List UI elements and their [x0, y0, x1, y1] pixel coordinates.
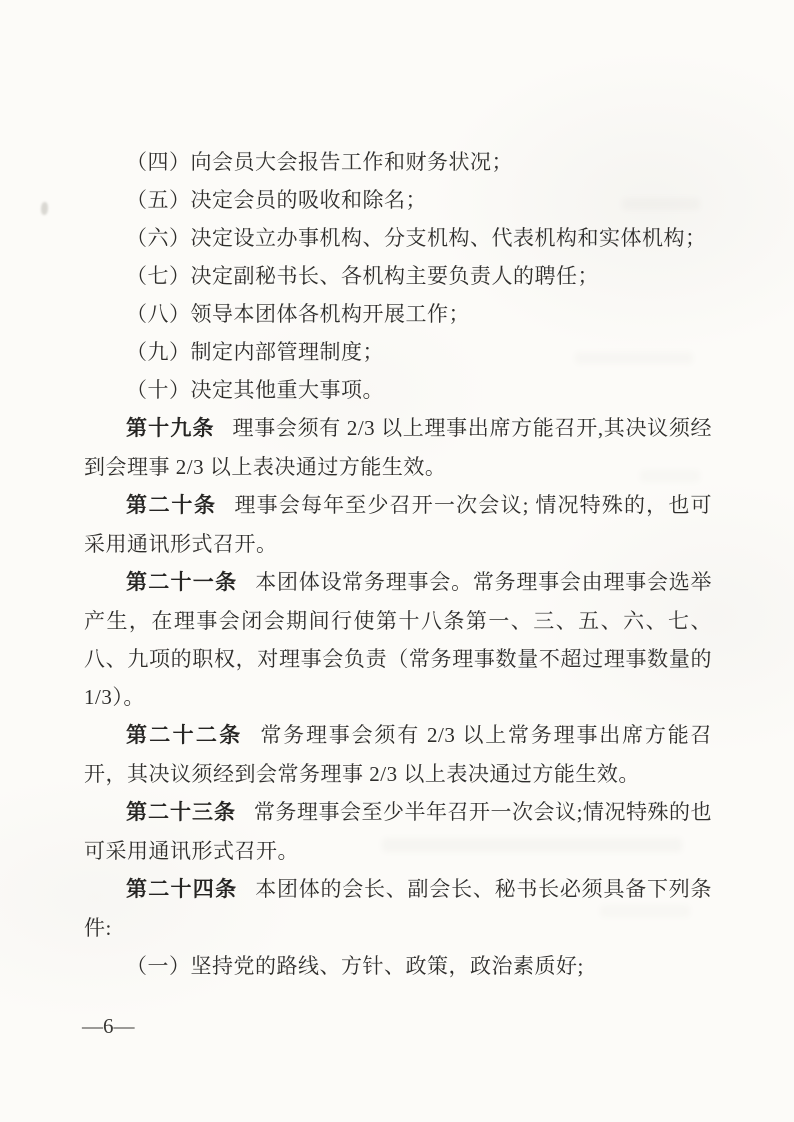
article-19: 第十九条理事会须有 2/3 以上理事出席方能召开,其决议须经到会理事 2/3 以… [84, 409, 712, 486]
article-24: 第二十四条本团体的会长、副会长、秘书长必须具备下列条件: [84, 870, 712, 947]
list-item-9: （九）制定内部管理制度； [84, 333, 712, 371]
list-item-5: （五）决定会员的吸收和除名； [84, 181, 712, 219]
article-19-number: 第十九条 [126, 417, 215, 440]
article-22-number: 第二十二条 [126, 724, 243, 747]
list-item-7: （七）决定副秘书长、各机构主要负责人的聘任； [84, 257, 712, 295]
article-24-number: 第二十四条 [126, 878, 237, 901]
article-20-number: 第二十条 [126, 494, 217, 517]
list-item-4: （四）向会员大会报告工作和财务状况； [84, 143, 712, 181]
list-item-10: （十）决定其他重大事项。 [84, 371, 712, 409]
article-21-number: 第二十一条 [126, 571, 237, 594]
article-21: 第二十一条本团体设常务理事会。常务理事会由理事会选举产生，在理事会闭会期间行使第… [84, 563, 712, 716]
article-23-number: 第二十三条 [126, 801, 236, 824]
article-20: 第二十条理事会每年至少召开一次会议; 情况特殊的，也可采用通讯形式召开。 [84, 486, 712, 563]
list-item-8: （八）领导本团体各机构开展工作； [84, 295, 712, 333]
article-23: 第二十三条常务理事会至少半年召开一次会议;情况特殊的也可采用通讯形式召开。 [84, 793, 712, 870]
scan-edge-artifact [41, 202, 48, 215]
list-item-1: （一）坚持党的路线、方针、政策，政治素质好; [84, 947, 712, 985]
list-item-6: （六）决定设立办事机构、分支机构、代表机构和实体机构； [84, 219, 712, 257]
article-22: 第二十二条常务理事会须有 2/3 以上常务理事出席方能召开，其决议须经到会常务理… [84, 716, 712, 793]
page-number: —6— [82, 1014, 135, 1039]
scanned-page: （四）向会员大会报告工作和财务状况； （五）决定会员的吸收和除名； （六）决定设… [0, 0, 794, 1122]
document-body: （四）向会员大会报告工作和财务状况； （五）决定会员的吸收和除名； （六）决定设… [84, 143, 712, 985]
